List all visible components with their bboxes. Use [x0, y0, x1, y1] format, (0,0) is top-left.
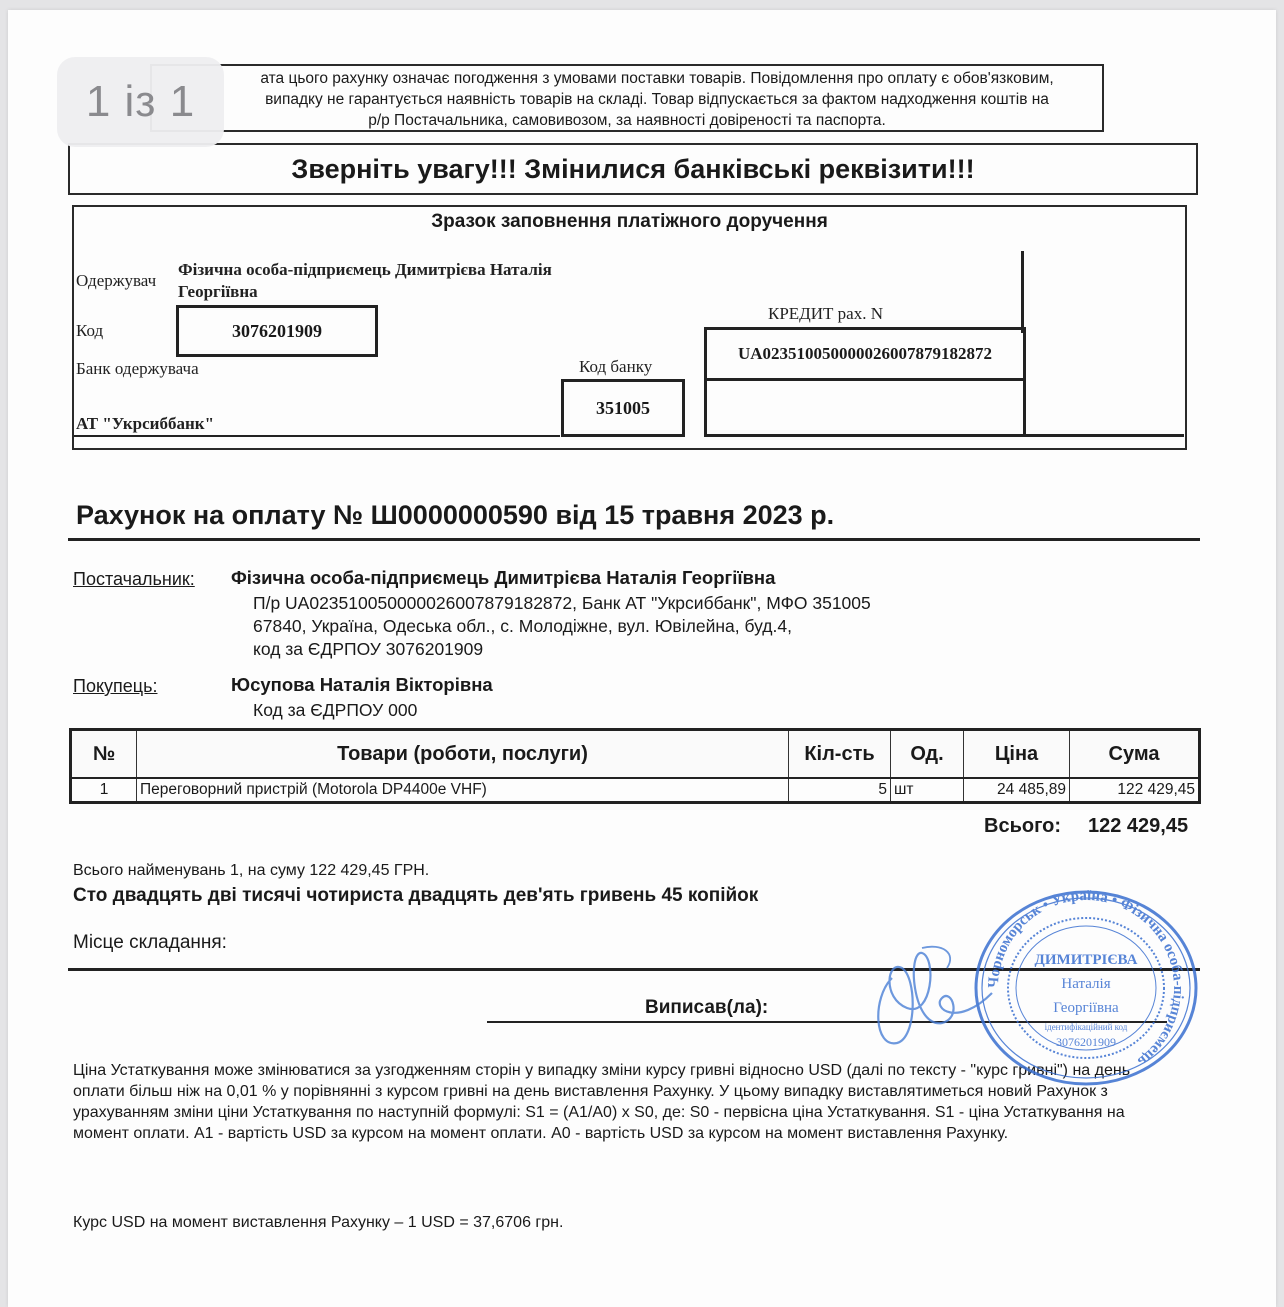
bank-code-value: 351005 [596, 398, 650, 419]
recipient-label: Одержувач [76, 271, 156, 291]
row-quantity: 5 [789, 778, 891, 803]
buyer-label: Покупець: [73, 676, 157, 697]
items-summary: Всього найменувань 1, на суму 122 429,45… [73, 862, 429, 880]
recipient-name-line: Георгіївна [178, 281, 552, 303]
row-item-name: Переговорний пристрій (Motorola DP4400e … [137, 778, 789, 803]
payment-order-sample: Зразок заповнення платіжного доручення О… [72, 205, 1187, 450]
col-header-goods: Товари (роботи, послуги) [137, 730, 789, 779]
col-header-unit: Од. [891, 730, 964, 779]
stamp-line: ідентифікаційний код [1045, 1022, 1128, 1032]
code-value: 3076201909 [232, 321, 322, 342]
bank-code-label: Код банку [579, 357, 652, 377]
col-header-quantity: Кіл-сть [789, 730, 891, 779]
supplier-code-line: код за ЄДРПОУ 3076201909 [253, 639, 483, 660]
bank-name: АТ "Укрсиббанк" [76, 414, 214, 434]
total-value: 122 429,45 [1088, 815, 1188, 838]
code-label: Код [76, 321, 103, 341]
col-header-sum: Сума [1070, 730, 1200, 779]
row-price: 24 485,89 [964, 778, 1070, 803]
stamp-line: Наталія [1061, 976, 1110, 992]
usd-rate-line: Курс USD на момент виставлення Рахунку –… [73, 1214, 563, 1232]
table-header-row: № Товари (роботи, послуги) Кіл-сть Од. Ц… [71, 730, 1200, 779]
notice-line: ата цього рахунку означає погодження з у… [152, 68, 1102, 89]
issued-by-label: Виписав(ла): [645, 997, 768, 1019]
credit-empty-box [704, 378, 1026, 437]
row-number: 1 [71, 778, 137, 803]
amount-in-words: Сто двадцять дві тисячі чотириста двадця… [73, 885, 758, 907]
invoice-title: Рахунок на оплату № Ш0000000590 від 15 т… [76, 500, 834, 531]
credit-account-value: UA023510050000026007879182872 [738, 344, 992, 364]
supplier-account-line: П/р UA023510050000026007879182872, Банк … [253, 593, 871, 614]
bank-details-warning: Зверніть увагу!!! Змінилися банківські р… [68, 143, 1198, 195]
terms-notice-box: ата цього рахунку означає погодження з у… [150, 64, 1104, 132]
bank-label: Банк одержувача [76, 359, 199, 379]
recipient-name-line: Фізична особа-підприємець Димитрієва Нат… [178, 259, 552, 281]
stamp-line: 3076201909 [1056, 1035, 1116, 1049]
title-rule [68, 538, 1200, 541]
page-indicator-badge: 1 із 1 [57, 57, 224, 147]
buyer-name: Юсупова Наталія Вікторівна [231, 674, 493, 696]
row-sum: 122 429,45 [1070, 778, 1200, 803]
buyer-code-line: Код за ЄДРПОУ 000 [253, 700, 417, 721]
code-box: 3076201909 [176, 305, 378, 357]
notice-line: випадку не гарантується наявність товарі… [152, 89, 1102, 110]
credit-label: КРЕДИТ рах. N [768, 304, 883, 324]
supplier-label: Постачальник: [73, 569, 195, 590]
table-row: 1 Переговорний пристрій (Motorola DP4400… [71, 778, 1200, 803]
payment-sample-title: Зразок заповнення платіжного доручення [74, 211, 1185, 233]
vertical-divider [1021, 251, 1024, 333]
bank-code-box: 351005 [561, 379, 685, 437]
stamp-line: ДИМИТРІЄВА [1035, 952, 1138, 968]
supplier-name: Фізична особа-підприємець Димитрієва Нат… [231, 567, 775, 589]
signature-icon [862, 938, 1002, 1058]
row-unit: шт [891, 778, 964, 803]
bottom-rule [1024, 434, 1184, 437]
company-stamp-icon: Чорноморськ • Україна • Фізична особа-пі… [968, 888, 1204, 1088]
col-header-number: № [71, 730, 137, 779]
items-table: № Товари (роботи, послуги) Кіл-сть Од. Ц… [69, 728, 1201, 804]
stamp-line: Георгіївна [1053, 1000, 1119, 1016]
notice-line: р/р Постачальника, самовивозом, за наявн… [152, 110, 1102, 131]
total-label: Всього: [984, 815, 1061, 838]
recipient-name: Фізична особа-підприємець Димитрієва Нат… [178, 259, 552, 303]
place-label: Місце складання: [73, 932, 227, 954]
bank-underline [74, 435, 560, 437]
supplier-address-line: 67840, Україна, Одеська обл., с. Молодіж… [253, 616, 792, 637]
credit-account-box: UA023510050000026007879182872 [704, 327, 1026, 381]
col-header-price: Ціна [964, 730, 1070, 779]
